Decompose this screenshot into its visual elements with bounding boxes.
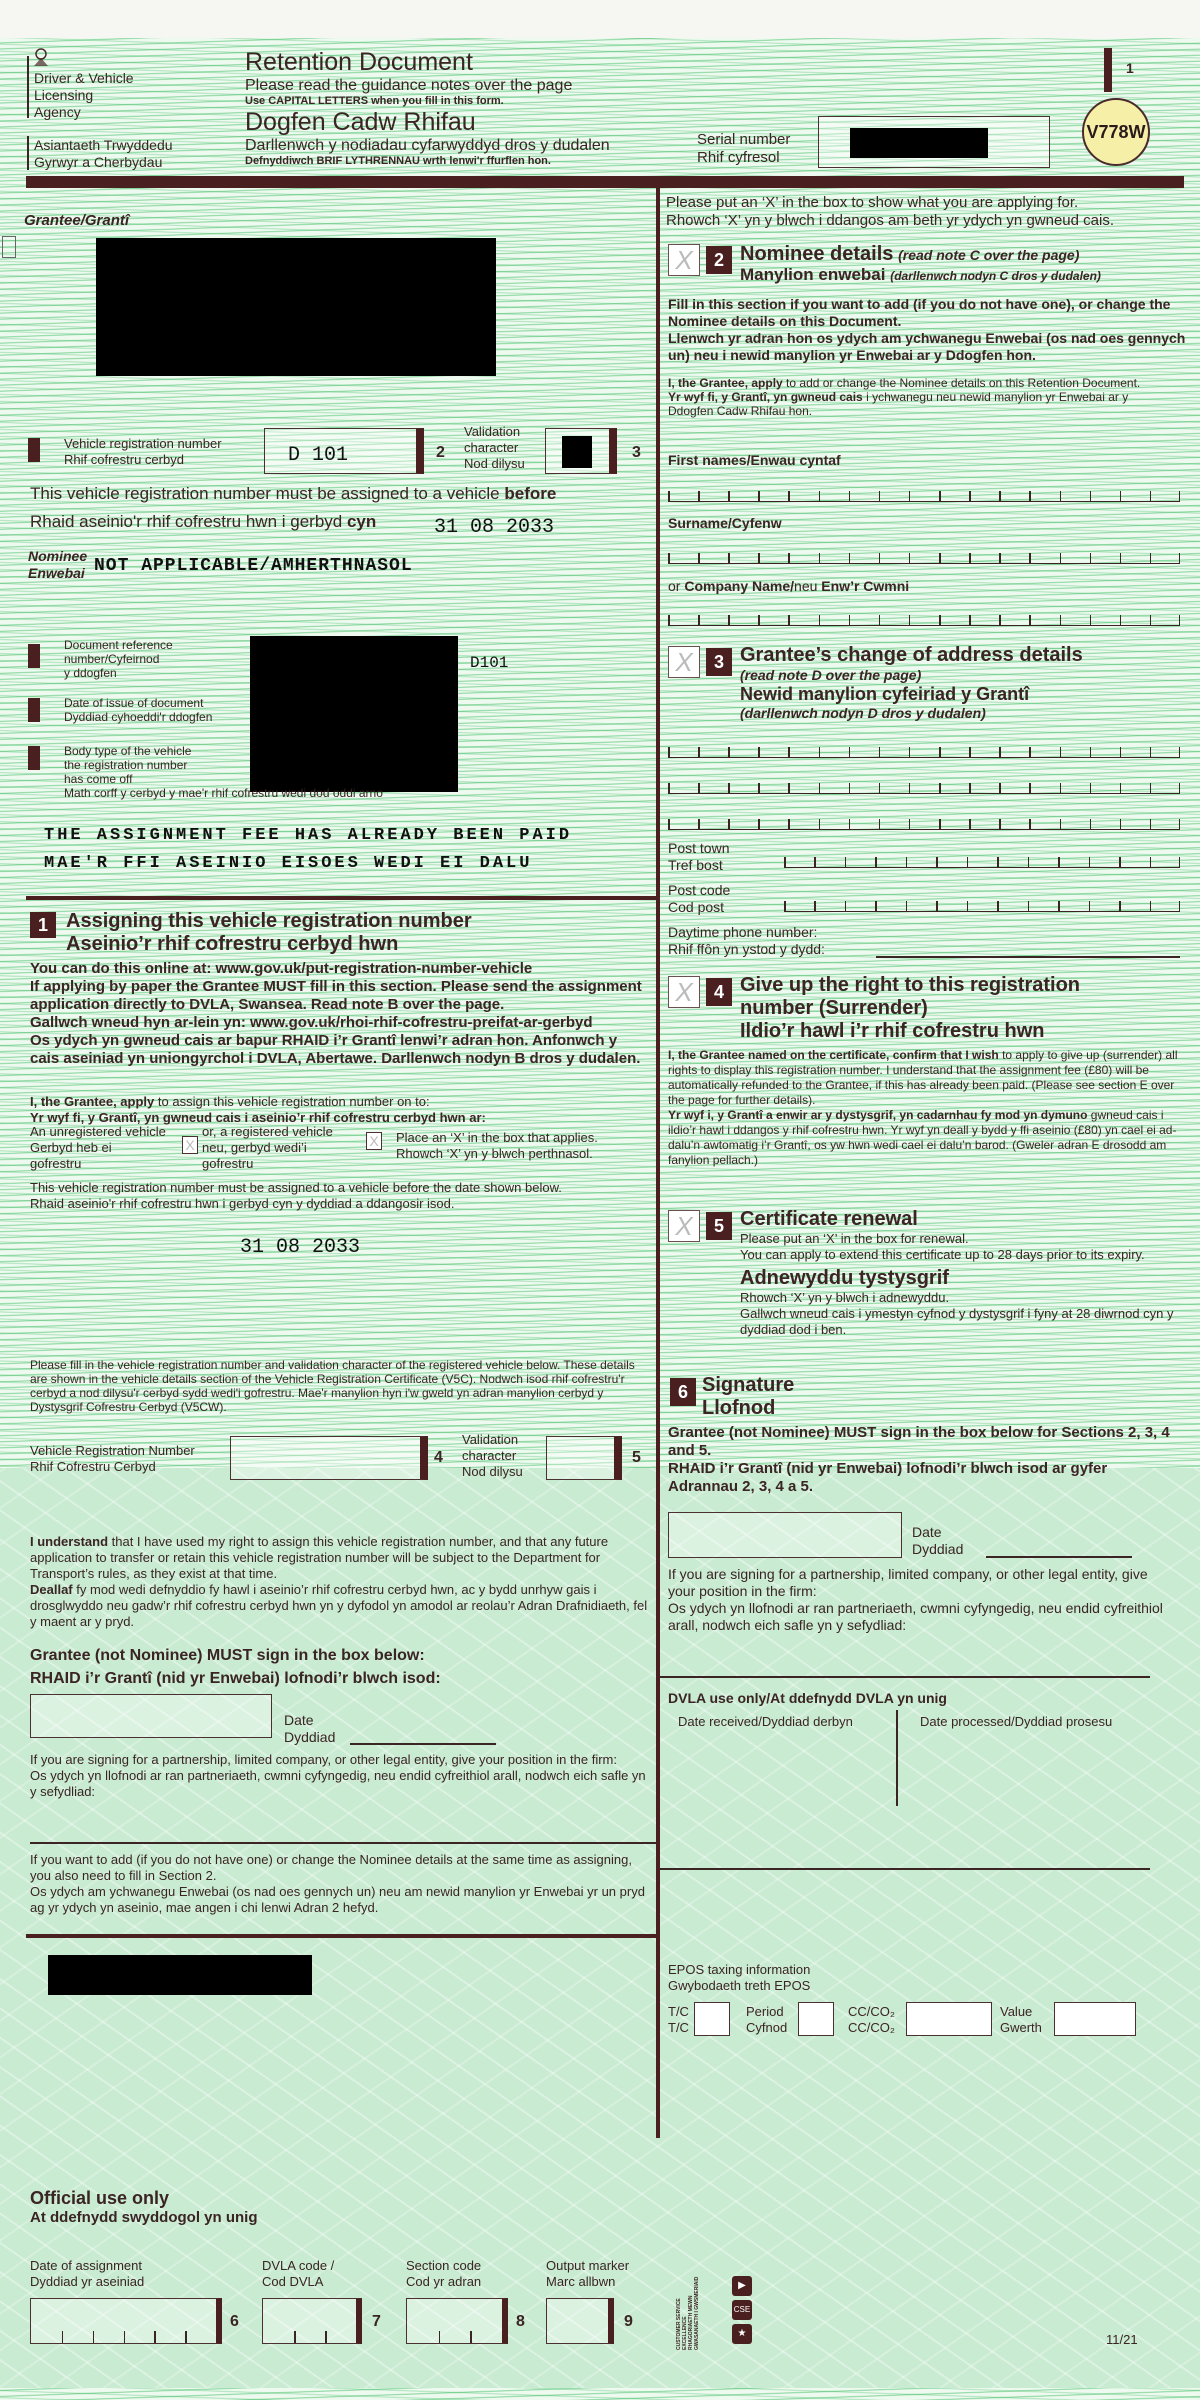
comb-divider — [668, 553, 670, 563]
comb-divider — [909, 747, 911, 757]
comb-divider — [909, 491, 911, 501]
output-marker-input[interactable] — [546, 2298, 614, 2344]
comb-divider — [1090, 615, 1092, 625]
comb-divider — [969, 491, 971, 501]
comb-divider — [788, 615, 790, 625]
comb-divider — [758, 747, 760, 757]
margin-marker — [2, 236, 16, 258]
dvla-code-input[interactable] — [262, 2298, 362, 2344]
tc-label: T/C T/C — [668, 2004, 689, 2036]
section-1-number: 1 — [30, 912, 56, 938]
comb-divider — [1089, 857, 1091, 867]
comb-divider — [788, 819, 790, 829]
section-5-number: 5 — [706, 1212, 732, 1240]
phone-label: Daytime phone number: Rhif ffôn yn ystod… — [668, 924, 825, 958]
comb-divider — [1150, 857, 1152, 867]
form-version: 11/21 — [1106, 2332, 1138, 2348]
comb-divider — [784, 857, 786, 867]
comb-divider — [1179, 857, 1181, 867]
validation-label: Validation character Nod dilysu — [464, 424, 525, 472]
box-1-number: 1 — [1126, 60, 1134, 77]
comb-divider — [879, 819, 881, 829]
comb-divider — [999, 747, 1001, 757]
expiry-note-cy: Rhaid aseinio'r rhif cofrestru hwn i ger… — [30, 512, 376, 532]
field-7-number: 7 — [372, 2312, 381, 2331]
cse-badge-icon: CSE — [732, 2300, 752, 2320]
comb-divider — [1029, 783, 1031, 793]
comb-divider — [698, 783, 700, 793]
section-2-checkbox[interactable]: X — [668, 244, 700, 276]
comb-tick — [124, 2331, 126, 2343]
cse-text: CUSTOMER SERVICE EXCELLENCE RHAGORIAETH … — [676, 2270, 706, 2350]
comb-divider — [1120, 491, 1122, 501]
comb-divider — [1089, 901, 1091, 911]
right-intro: Please put an ‘X’ in the box to show wha… — [666, 194, 1114, 230]
comb-divider — [1179, 783, 1181, 793]
cse-play-icon: ▶ — [732, 2276, 752, 2296]
comb-divider — [1150, 901, 1152, 911]
comb-divider — [1058, 901, 1060, 911]
comb-divider — [1120, 819, 1122, 829]
phone-input[interactable] — [876, 956, 1180, 958]
comb-divider — [728, 615, 730, 625]
comb-divider — [999, 615, 1001, 625]
comb-divider — [879, 491, 881, 501]
comb-divider — [758, 783, 760, 793]
comb-divider — [1029, 615, 1031, 625]
comb-divider — [969, 819, 971, 829]
comb-divider — [849, 553, 851, 563]
comb-divider — [1150, 553, 1152, 563]
comb-divider — [939, 553, 941, 563]
agency-divider — [27, 56, 29, 118]
comb-divider — [788, 553, 790, 563]
comb-divider — [1120, 553, 1122, 563]
field-6-number: 6 — [230, 2312, 239, 2331]
comb-divider — [997, 857, 999, 867]
issue-date-label: Date of issue of document Dyddiad cyhoed… — [64, 696, 212, 724]
comb-divider — [788, 783, 790, 793]
first-names-label: First names/Enwau cyntaf — [668, 452, 841, 469]
column-divider — [656, 188, 660, 2138]
section-code-label: Section code Cod yr adran — [406, 2258, 481, 2290]
comb-divider — [1179, 901, 1181, 911]
surname-label: Surname/Cyfenw — [668, 515, 782, 532]
comb-divider — [879, 747, 881, 757]
comb-divider — [728, 783, 730, 793]
cc-co2-label: CC/CO₂ CC/CO₂ — [848, 2004, 895, 2036]
value-input[interactable] — [1054, 2002, 1136, 2036]
section-4-title: Give up the right to this registration n… — [740, 974, 1140, 1043]
comb-divider — [1028, 901, 1030, 911]
section-1-end-rule — [26, 1934, 656, 1938]
comb-divider — [758, 553, 760, 563]
comb-divider — [728, 553, 730, 563]
comb-divider — [1090, 747, 1092, 757]
vrn-box-number: 2 — [436, 443, 445, 462]
header-rule — [26, 176, 1184, 188]
comb-divider — [668, 819, 670, 829]
tc-input[interactable] — [694, 2002, 730, 2036]
comb-divider — [1150, 615, 1152, 625]
comb-divider — [936, 857, 938, 867]
online-link-en[interactable]: You can do this online at: www.gov.uk/pu… — [30, 960, 650, 978]
form-code-badge: V778W — [1082, 98, 1150, 166]
section-4-checkbox[interactable]: X — [668, 976, 700, 1008]
section-1-date-input[interactable] — [350, 1743, 496, 1745]
guidance-note-cy: Darllenwch y nodiadau cyfarwyddyd dros y… — [245, 136, 610, 155]
section-6-signature-box[interactable] — [668, 1512, 902, 1558]
comb-divider — [1060, 819, 1062, 829]
post-code-label: Post code Cod post — [668, 882, 730, 916]
section-4-number: 4 — [706, 978, 732, 1006]
section-6-position-input[interactable] — [660, 1676, 1150, 1678]
comb-divider — [849, 491, 851, 501]
comb-divider — [999, 819, 1001, 829]
comb-divider — [849, 615, 851, 625]
comb-divider — [1090, 553, 1092, 563]
field-8-number: 8 — [516, 2312, 525, 2331]
official-use-title: Official use only At ddefnydd swyddogol … — [30, 2188, 257, 2227]
comb-tick — [439, 2331, 441, 2343]
comb-divider — [668, 783, 670, 793]
comb-divider — [728, 819, 730, 829]
agency-divider-cy — [27, 136, 29, 170]
document-title: Retention Document — [245, 48, 610, 76]
date-processed-label: Date processed/Dyddiad prosesu — [920, 1714, 1112, 1730]
comb-divider — [1179, 491, 1181, 501]
validation-box-number: 3 — [632, 443, 641, 462]
comb-divider — [698, 819, 700, 829]
nominee-label: Nominee Enwebai — [28, 548, 87, 582]
comb-divider — [1090, 491, 1092, 501]
doc-ref-marker — [28, 644, 40, 668]
section-2-apply: I, the Grantee, apply to add or change t… — [668, 376, 1168, 418]
vrn-value: D 101 — [288, 444, 348, 467]
royal-crest-icon — [30, 46, 52, 68]
online-link-cy[interactable]: Gallwch wneud hyn ar-lein yn: www.gov.uk… — [30, 1014, 650, 1032]
comb-divider — [849, 747, 851, 757]
vrn-label: Vehicle registration number Rhif cofrest… — [64, 436, 222, 468]
company-name-input[interactable] — [668, 612, 1180, 626]
section-2-title: Nominee details (read note C over the pa… — [740, 244, 1101, 285]
agency-name-en: Driver & Vehicle Licensing Agency — [34, 70, 134, 121]
comb-divider — [845, 857, 847, 867]
company-label: or Company Name/neu Enw’r Cwmni — [668, 578, 909, 595]
address-line-2-input[interactable] — [668, 780, 1180, 794]
comb-divider — [939, 819, 941, 829]
section-1-apply: I, the Grantee, apply to assign this veh… — [30, 1094, 650, 1126]
header-titles: Retention Document Please read the guida… — [245, 48, 610, 168]
comb-divider — [1120, 783, 1122, 793]
grantee-sign-instruction: Grantee (not Nominee) MUST sign in the b… — [30, 1646, 650, 1688]
dvla-use-divider — [896, 1710, 898, 1806]
comb-divider — [849, 783, 851, 793]
comb-divider — [936, 901, 938, 911]
value-label: Value Gwerth — [1000, 2004, 1042, 2036]
comb-divider — [1090, 819, 1092, 829]
registered-checkbox[interactable]: X — [366, 1132, 382, 1150]
new-validation-label: Validation character Nod dilysu — [462, 1432, 523, 1480]
section-1-title: Assigning this vehicle registration numb… — [66, 910, 472, 956]
comb-divider — [668, 747, 670, 757]
comb-divider — [1179, 747, 1181, 757]
comb-tick — [470, 2331, 472, 2343]
comb-divider — [788, 491, 790, 501]
comb-divider — [668, 615, 670, 625]
new-vrn-label: Vehicle Registration Number Rhif Cofrest… — [30, 1443, 195, 1475]
validation-character-redacted — [562, 436, 592, 468]
section1-rule — [26, 896, 656, 900]
new-validation-input[interactable] — [546, 1436, 622, 1480]
post-town-label: Post town Tref bost — [668, 840, 729, 874]
new-vrn-input[interactable] — [230, 1436, 428, 1480]
option-registered-label: or, a registered vehicle neu, gerbyd wed… — [202, 1124, 333, 1172]
fee-paid-line-cy: MAE'R FFI ASEINIO EISOES WEDI EI DALU — [44, 854, 532, 874]
section-1-nominee-note: If you want to add (if you do not have o… — [30, 1852, 650, 1916]
section-2-number: 2 — [706, 246, 732, 274]
comb-divider — [906, 901, 908, 911]
comb-divider — [939, 615, 941, 625]
comb-divider — [1029, 491, 1031, 501]
nominee-value: NOT APPLICABLE/AMHERTHNASOL — [94, 556, 413, 577]
comb-divider — [1029, 553, 1031, 563]
comb-tick — [154, 2331, 156, 2343]
document-title-cy: Dogfen Cadw Rhifau — [245, 108, 610, 136]
comb-divider — [909, 783, 911, 793]
section-1-instructions: You can do this online at: www.gov.uk/pu… — [30, 960, 650, 1068]
cse-star-icon: ★ — [732, 2324, 752, 2344]
section-code-input[interactable] — [406, 2298, 508, 2344]
cc-co2-input[interactable] — [906, 2002, 992, 2036]
section-5-content: Certificate renewal Please put an ‘X’ in… — [740, 1208, 1180, 1338]
comb-divider — [814, 857, 816, 867]
comb-divider — [698, 491, 700, 501]
option-unregistered-label: An unregistered vehicle Gerbyd heb ei go… — [30, 1124, 166, 1172]
section-2-intro: Fill in this section if you want to add … — [668, 296, 1188, 364]
comb-divider — [1060, 491, 1062, 501]
section-4-body: I, the Grantee named on the certificate,… — [668, 1048, 1180, 1168]
doc-ref-suffix: D101 — [470, 654, 508, 673]
section-3-title: Grantee’s change of address details (rea… — [740, 644, 1083, 722]
section-6-entity-note: If you are signing for a partnership, li… — [668, 1566, 1168, 1634]
comb-divider — [728, 491, 730, 501]
comb-divider — [819, 747, 821, 757]
comb-divider — [999, 783, 1001, 793]
comb-divider — [875, 901, 877, 911]
comb-divider — [1060, 747, 1062, 757]
comb-divider — [969, 783, 971, 793]
section-1-signature-box[interactable] — [30, 1694, 272, 1738]
comb-divider — [819, 491, 821, 501]
comb-divider — [1179, 819, 1181, 829]
section-5-checkbox[interactable]: X — [668, 1210, 700, 1242]
comb-divider — [849, 819, 851, 829]
capitals-note-cy: Defnyddiwch BRIF LYTHRENNAU wrth lenwi'r… — [245, 155, 610, 168]
comb-divider — [969, 747, 971, 757]
date-received-label: Date received/Dyddiad derbyn — [678, 1714, 853, 1730]
place-x-note: Place an ‘X’ in the box that applies. Rh… — [396, 1130, 598, 1162]
comb-divider — [939, 783, 941, 793]
comb-tick — [62, 2331, 64, 2343]
comb-divider — [1150, 783, 1152, 793]
vrn-marker — [28, 438, 40, 462]
comb-divider — [1150, 747, 1152, 757]
footer-redacted — [48, 1955, 312, 1995]
dvla-use-title: DVLA use only/At ddefnydd DVLA yn unig — [668, 1690, 947, 1707]
period-label: Period Cyfnod — [746, 2004, 787, 2036]
comb-divider — [845, 901, 847, 911]
comb-divider — [788, 747, 790, 757]
comb-divider — [879, 615, 881, 625]
comb-divider — [1150, 491, 1152, 501]
comb-divider — [758, 819, 760, 829]
comb-divider — [1029, 819, 1031, 829]
comb-divider — [814, 901, 816, 911]
comb-divider — [819, 819, 821, 829]
date-of-assignment-input[interactable] — [30, 2298, 222, 2344]
comb-divider — [819, 553, 821, 563]
capitals-note: Use CAPITAL LETTERS when you fill in thi… — [245, 95, 610, 108]
section-6-title: Signature Llofnod — [702, 1374, 794, 1420]
serial-number-redacted — [850, 128, 988, 158]
comb-divider — [1120, 615, 1122, 625]
comb-divider — [969, 615, 971, 625]
field-9-number: 9 — [624, 2312, 633, 2331]
comb-divider — [967, 857, 969, 867]
section-3-checkbox[interactable]: X — [668, 646, 700, 678]
comb-divider — [698, 747, 700, 757]
section-1-entity-note: If you are signing for a partnership, li… — [30, 1752, 650, 1800]
comb-divider — [1060, 553, 1062, 563]
comb-divider — [1028, 857, 1030, 867]
comb-divider — [1179, 553, 1181, 563]
comb-divider — [1119, 901, 1121, 911]
date-of-assignment-label: Date of assignment Dyddiad yr aseiniad — [30, 2258, 144, 2290]
comb-divider — [1029, 747, 1031, 757]
guidance-note: Please read the guidance notes over the … — [245, 76, 610, 95]
comb-divider — [819, 615, 821, 625]
comb-divider — [909, 553, 911, 563]
comb-divider — [906, 857, 908, 867]
serial-label: Serial number Rhif cyfresol — [697, 131, 790, 167]
comb-divider — [967, 901, 969, 911]
dvla-use-rule — [660, 1868, 1150, 1870]
comb-divider — [1090, 783, 1092, 793]
comb-divider — [1119, 857, 1121, 867]
section-6-number: 6 — [670, 1378, 696, 1406]
comb-divider — [1060, 615, 1062, 625]
comb-divider — [1058, 857, 1060, 867]
grantee-label: Grantee/Grantî — [24, 212, 129, 230]
address-line-3-input[interactable] — [668, 816, 1180, 830]
comb-divider — [879, 783, 881, 793]
comb-divider — [668, 491, 670, 501]
comb-tick — [185, 2331, 187, 2343]
period-input[interactable] — [798, 2002, 834, 2036]
expiry-note-en: This vehicle registration number must be… — [30, 484, 650, 504]
dvla-code-label: DVLA code / Cod DVLA — [262, 2258, 334, 2290]
surname-input[interactable] — [668, 550, 1180, 564]
post-code-input[interactable] — [784, 898, 1180, 912]
first-names-input[interactable] — [668, 488, 1180, 502]
agency-name-cy: Asiantaeth Trwyddedu Gyrwyr a Cherbydau — [34, 137, 173, 171]
comb-tick — [93, 2331, 95, 2343]
comb-divider — [1150, 819, 1152, 829]
comb-divider — [999, 553, 1001, 563]
comb-divider — [758, 491, 760, 501]
section-3-number: 3 — [706, 648, 732, 676]
section-6-date-label: Date Dyddiad — [912, 1524, 963, 1558]
comb-divider — [969, 553, 971, 563]
section-1-date-label: Date Dyddiad — [284, 1712, 335, 1746]
fee-paid-line-en: THE ASSIGNMENT FEE HAS ALREADY BEEN PAID — [44, 826, 572, 846]
comb-divider — [728, 747, 730, 757]
comb-divider — [698, 615, 700, 625]
understand-statement: I understand that I have used my right t… — [30, 1534, 650, 1630]
assign-before-date: 31 08 2033 — [240, 1236, 360, 1259]
fill-vehicle-note: Please fill in the vehicle registration … — [30, 1358, 650, 1414]
comb-divider — [909, 615, 911, 625]
issue-date-marker — [28, 698, 40, 722]
comb-divider — [1060, 783, 1062, 793]
comb-divider — [819, 783, 821, 793]
output-marker-label: Output marker Marc allbwn — [546, 2258, 629, 2290]
new-vrn-box-number: 4 — [434, 1448, 443, 1467]
epos-title: EPOS taxing information Gwybodaeth treth… — [668, 1962, 810, 1994]
post-town-input[interactable] — [784, 854, 1180, 868]
section-6-must-sign: Grantee (not Nominee) MUST sign in the b… — [668, 1424, 1180, 1496]
new-validation-box-number: 5 — [632, 1448, 641, 1467]
unregistered-checkbox[interactable]: X — [182, 1136, 198, 1154]
comb-divider — [999, 491, 1001, 501]
comb-divider — [939, 491, 941, 501]
body-type-marker — [28, 746, 40, 770]
box-1-marker — [1104, 48, 1112, 92]
address-line-1-input[interactable] — [668, 744, 1180, 758]
grantee-name-address-redacted — [96, 238, 496, 376]
section-1-position-input[interactable] — [30, 1842, 656, 1844]
expiry-date: 31 08 2033 — [434, 516, 554, 539]
before-date-note: This vehicle registration number must be… — [30, 1180, 650, 1212]
comb-divider — [997, 901, 999, 911]
comb-divider — [939, 747, 941, 757]
comb-divider — [909, 819, 911, 829]
comb-divider — [1120, 747, 1122, 757]
comb-divider — [1179, 615, 1181, 625]
comb-tick — [294, 2331, 296, 2343]
comb-divider — [698, 553, 700, 563]
comb-divider — [784, 901, 786, 911]
section-6-date-input[interactable] — [986, 1556, 1132, 1558]
doc-ref-label: Document reference number/Cyfeirnod y dd… — [64, 638, 173, 680]
comb-divider — [879, 553, 881, 563]
comb-divider — [875, 857, 877, 867]
comb-tick — [325, 2331, 327, 2343]
comb-divider — [758, 615, 760, 625]
body-type-label: Body type of the vehicle the registratio… — [64, 744, 383, 800]
